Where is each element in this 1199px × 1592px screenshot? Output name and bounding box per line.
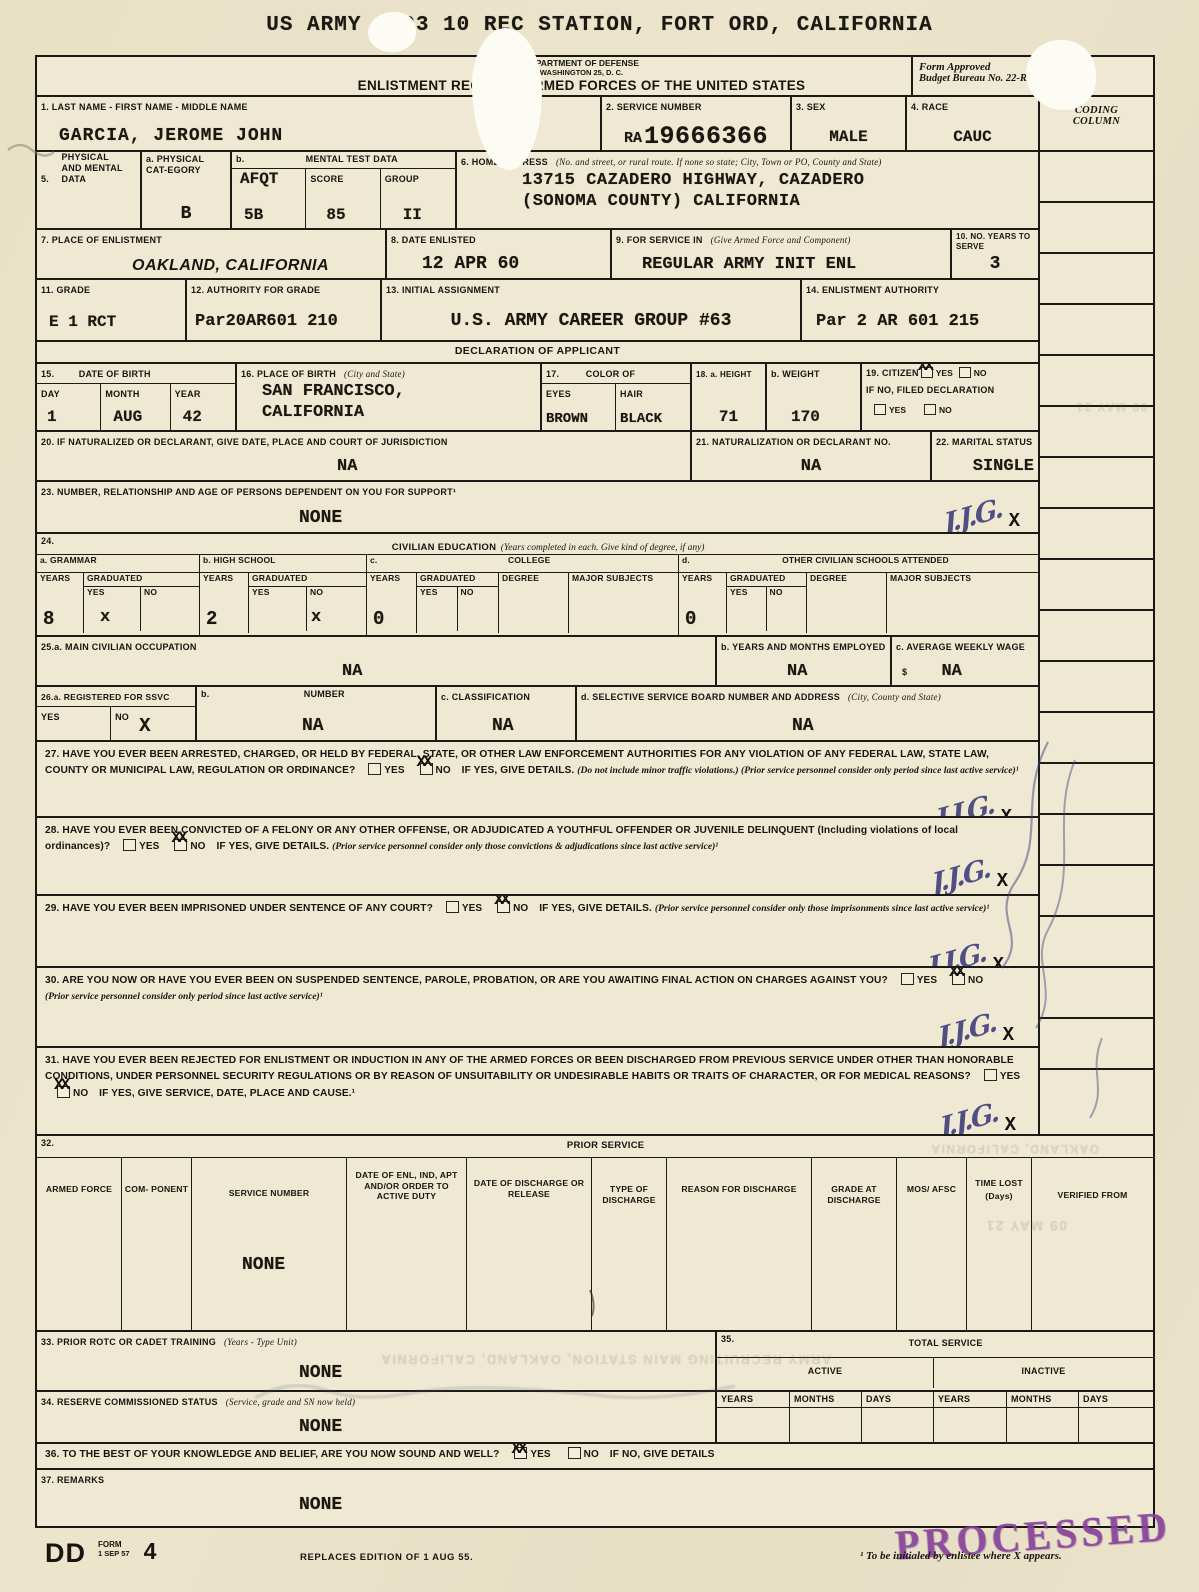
- date-enlisted-value: 12 APR 60: [422, 255, 519, 275]
- q29-italic-note: (Prior service personnel consider only t…: [655, 903, 989, 914]
- coding-column-cell: [1040, 407, 1153, 458]
- q27-no-label: NO: [436, 765, 451, 776]
- years-column-label: YEARS: [200, 573, 248, 584]
- ssvc-no-mark: X: [139, 716, 150, 737]
- coding-column-cell: [1040, 1019, 1153, 1070]
- weekly-wage-label: c. AVERAGE WEEKLY WAGE: [892, 640, 1029, 655]
- marital-status-value: SINGLE: [973, 458, 1034, 477]
- civilian-occupation-label: 25.a. MAIN CIVILIAN OCCUPATION: [37, 640, 201, 655]
- years-column-label: YEARS: [37, 573, 83, 584]
- service-number-prefix: RA: [624, 131, 642, 148]
- group-label: GROUP: [381, 172, 423, 187]
- years-column-label: YEARS: [679, 573, 726, 584]
- year-value: 42: [183, 409, 202, 427]
- initial-here-x-mark: X: [997, 870, 1008, 892]
- replaces-edition-note: REPLACES EDITION OF 1 AUG 55.: [300, 1552, 473, 1563]
- yes-column-label: YES: [417, 587, 457, 598]
- date-of-enl-column-label: DATE OF ENL, IND, APT AND/OR ORDER TO AC…: [347, 1158, 466, 1204]
- dept-address: WASHINGTON 25, D. C.: [252, 68, 911, 77]
- dollar-sign: $: [902, 667, 907, 677]
- for-service-in-label: 9. FOR SERVICE IN: [612, 233, 707, 248]
- inactive-months-label: MONTHS: [1007, 1392, 1078, 1408]
- coding-column-cell: [1040, 815, 1153, 866]
- xx-mark: XX: [494, 896, 507, 909]
- place-of-birth-label: 16. PLACE OF BIRTH: [237, 367, 340, 382]
- box17-number: 17.: [542, 367, 563, 382]
- q36-no-label: NO: [584, 1449, 599, 1460]
- naturalized-label: 20. IF NATURALIZED OR DECLARANT, GIVE DA…: [37, 435, 452, 450]
- service-number-column-label: SERVICE NUMBER: [192, 1158, 346, 1201]
- grade-at-discharge-column-label: GRADE AT DISCHARGE: [812, 1158, 896, 1207]
- q36-details-text: IF NO, GIVE DETAILS: [610, 1449, 715, 1460]
- form-identifier: DD FORM 1 SEP 57 4: [45, 1540, 156, 1567]
- ss-board-label: d. SELECTIVE SERVICE BOARD NUMBER AND AD…: [577, 690, 844, 705]
- place-of-birth-label-italic: (City and State): [340, 367, 409, 382]
- high-school-graduated-mark: x: [311, 609, 321, 628]
- coding-column-cell: [1040, 509, 1153, 560]
- initial-here-x-mark: X: [993, 954, 1004, 966]
- naturalized-value: NA: [337, 458, 357, 477]
- q28-yes-label: YES: [139, 841, 159, 852]
- form-word: FORM: [98, 1540, 130, 1549]
- other-years-value: 0: [685, 609, 696, 630]
- day-label: DAY: [37, 387, 64, 402]
- field-label-sex: 3. SEX: [792, 100, 830, 115]
- college-years-value: 0: [373, 609, 384, 630]
- q36-yes-label: YES: [530, 1449, 550, 1460]
- q31-details-text: IF YES, GIVE SERVICE, DATE, PLACE AND CA…: [99, 1088, 355, 1099]
- coding-column-cell: [1040, 305, 1153, 356]
- xx-mark: XX: [54, 1076, 67, 1094]
- dd-form-4: DEPARTMENT OF DEFENSE WASHINGTON 25, D. …: [35, 55, 1155, 1528]
- grammar-section-label: a. GRAMMAR: [37, 555, 199, 573]
- coding-column-cell: [1040, 152, 1153, 203]
- coding-column-cell: [1040, 611, 1153, 662]
- field-label-name: 1. LAST NAME - FIRST NAME - MIDDLE NAME: [37, 100, 252, 115]
- q28-yes-checkbox[interactable]: [123, 839, 136, 851]
- armed-force-column-label: ARMED FORCE: [37, 1158, 121, 1197]
- type-of-discharge-column-label: TYPE OF DISCHARGE: [592, 1158, 666, 1207]
- years-to-serve-label: 10. NO. YEARS TO SERVE: [952, 230, 1038, 253]
- authority-for-grade-label: 12. AUTHORITY FOR GRADE: [187, 283, 324, 298]
- height-label: 18. a. HEIGHT: [692, 368, 756, 382]
- coding-column-cell: [1040, 458, 1153, 509]
- initial-here-x-mark: X: [1005, 1114, 1016, 1134]
- inactive-service-label: INACTIVE: [1017, 1358, 1069, 1379]
- coding-column-cell: [1040, 968, 1153, 1019]
- box15-number: 15.: [37, 367, 58, 382]
- bleedthrough-text: 09 MAY 21: [1075, 400, 1147, 414]
- sex-value: MALE: [792, 129, 905, 147]
- page-top-typed-header: US ARMY 6003 10 REC STATION, FORT ORD, C…: [0, 14, 1199, 37]
- ssvc-no-label: NO: [111, 710, 133, 725]
- eyes-label: EYES: [542, 387, 575, 402]
- time-lost-days-label: (Days): [967, 1191, 1031, 1204]
- reserve-commissioned-status-value: NONE: [299, 1418, 342, 1438]
- physical-category-label: a. PHYSICAL CAT-EGORY: [142, 152, 230, 178]
- form-edition-date: 1 SEP 57: [98, 1549, 130, 1558]
- xx-mark: XX: [949, 968, 962, 981]
- box26b-letter: b.: [197, 687, 214, 702]
- college-section-label: COLLEGE: [381, 555, 679, 572]
- grade-value: E 1 RCT: [49, 314, 116, 332]
- score-value: 85: [326, 207, 345, 225]
- graduated-column-label: GRADUATED: [249, 573, 366, 587]
- q28-italic-note: (Prior service personnel consider only t…: [332, 841, 718, 852]
- q27-italic-note: (Do not include minor traffic violations…: [577, 765, 1018, 776]
- inactive-years-label: YEARS: [934, 1392, 1006, 1408]
- handwritten-initials: J.J.G.: [942, 493, 1003, 532]
- active-years-label: YEARS: [717, 1392, 789, 1408]
- field-label-service-number: 2. SERVICE NUMBER: [602, 100, 706, 115]
- q27-yes-checkbox[interactable]: [368, 763, 381, 775]
- footnote-initial-instruction: ¹ To be initialed by enlistee where X ap…: [860, 1550, 1062, 1562]
- month-value: AUG: [113, 409, 142, 427]
- yes-column-label: YES: [84, 587, 140, 598]
- date-enlisted-label: 8. DATE ENLISTED: [387, 233, 480, 248]
- eyes-value: BROWN: [546, 412, 588, 427]
- hair-value: BLACK: [620, 412, 662, 427]
- yes-column-label: YES: [249, 587, 306, 598]
- filed-declaration-label: IF NO, FILED DECLARATION: [862, 379, 1038, 398]
- ssvc-number-label: NUMBER: [214, 687, 436, 702]
- date-of-discharge-column-label: DATE OF DISCHARGE OR RELEASE: [467, 1158, 591, 1201]
- bleedthrough-text: OAKLAND, CALIFORNIA: [930, 1142, 1099, 1156]
- civilian-education-title-italic: (Years completed in each. Give kind of d…: [501, 543, 705, 553]
- coding-column: CODING COLUMN: [1040, 97, 1153, 1134]
- dependents-label: 23. NUMBER, RELATIONSHIP AND AGE OF PERS…: [37, 485, 460, 500]
- initial-here-x-mark: X: [1009, 510, 1020, 532]
- initial-here-x-mark: X: [1003, 1024, 1014, 1046]
- verified-from-column-label: VERIFIED FROM: [1032, 1158, 1153, 1203]
- white-blob: [1026, 40, 1096, 110]
- home-address-label-italic: (No. and street, or rural route. If none…: [552, 155, 886, 170]
- marital-status-label: 22. MARITAL STATUS: [932, 435, 1036, 450]
- xx-mark: XX: [417, 753, 430, 771]
- citizen-yes-label: YES: [936, 368, 953, 378]
- q30-italic-note: (Prior service personnel consider only p…: [45, 991, 323, 1002]
- question-36-text: 36. TO THE BEST OF YOUR KNOWLEDGE AND BE…: [45, 1449, 499, 1460]
- ssvc-yes-label: YES: [37, 710, 64, 725]
- coding-column-cell: [1040, 254, 1153, 305]
- q29-yes-checkbox[interactable]: [446, 901, 459, 913]
- active-days-label: DAYS: [862, 1392, 933, 1408]
- physical-category-value: B: [142, 205, 230, 225]
- dd-label: DD: [45, 1540, 86, 1567]
- q28-no-label: NO: [190, 841, 205, 852]
- naturalization-number-label: 21. NATURALIZATION OR DECLARANT NO.: [692, 435, 895, 450]
- month-label: MONTH: [101, 387, 143, 402]
- white-blob: [368, 12, 416, 52]
- q31-no-label: NO: [73, 1088, 88, 1099]
- initial-assignment-label: 13. INITIAL ASSIGNMENT: [382, 283, 504, 298]
- test-name-value: AFQT: [232, 169, 305, 189]
- box5-number: 5.: [37, 172, 53, 187]
- years-column-label: YEARS: [367, 573, 416, 584]
- box24-number: 24.: [37, 534, 58, 554]
- coding-column-cell: [1040, 1070, 1153, 1134]
- citizen-no-label: NO: [974, 368, 987, 378]
- q27-yes-label: YES: [384, 765, 404, 776]
- prior-rotc-label: 33. PRIOR ROTC OR CADET TRAINING: [37, 1335, 220, 1350]
- coding-column-cell: [1040, 560, 1153, 611]
- home-address-line1: 13715 CAZADERO HIGHWAY, CAZADERO: [457, 170, 1038, 191]
- declaration-no-checkbox[interactable]: [924, 404, 936, 415]
- remarks-value: NONE: [299, 1496, 342, 1516]
- active-months-label: MONTHS: [790, 1392, 861, 1408]
- weekly-wage-value: NA: [941, 662, 961, 681]
- prior-rotc-value: NONE: [299, 1364, 342, 1384]
- naturalization-number-value: NA: [692, 458, 930, 477]
- score-label: SCORE: [306, 172, 347, 187]
- declaration-no-label: NO: [939, 405, 952, 415]
- years-employed-label: b. YEARS AND MONTHS EMPLOYED: [717, 640, 890, 655]
- color-of-label: COLOR OF: [582, 367, 640, 382]
- form-main-column: 1. LAST NAME - FIRST NAME - MIDDLE NAME …: [37, 97, 1040, 1134]
- name-value: GARCIA, JEROME JOHN: [59, 127, 283, 147]
- enlistment-authority-value: Par 2 AR 601 215: [816, 313, 979, 332]
- degree-column-label: DEGREE: [807, 573, 886, 584]
- service-number-value: 19666366: [644, 123, 768, 151]
- handwritten-initials: J.J.G.: [938, 1097, 999, 1134]
- graduated-column-label: GRADUATED: [84, 573, 199, 587]
- weight-value: 170: [791, 409, 820, 427]
- box5b-letter: b.: [232, 152, 249, 168]
- initial-assignment-value: U.S. ARMY CAREER GROUP #63: [382, 312, 800, 332]
- box32-number: 32.: [37, 1136, 58, 1157]
- no-column-label: NO: [141, 587, 199, 598]
- handwritten-initials: J.J.G.: [926, 937, 987, 966]
- form-number: 4: [144, 1540, 157, 1563]
- registered-for-ssvc-label: 26.a. REGISTERED FOR SSVC: [37, 690, 174, 704]
- yes-column-label: YES: [727, 587, 766, 598]
- graduated-column-label: GRADUATED: [417, 573, 498, 587]
- reserve-commissioned-status-label-italic: (Service, grade and SN now held): [222, 1395, 359, 1410]
- q30-no-label: NO: [968, 975, 983, 986]
- weight-label: b. WEIGHT: [767, 367, 824, 382]
- enlistment-authority-label: 14. ENLISTMENT AUTHORITY: [802, 283, 943, 298]
- grade-label: 11. GRADE: [37, 283, 94, 298]
- dependents-value: NONE: [299, 509, 342, 529]
- place-of-enlistment-value: OAKLAND, CALIFORNIA: [132, 257, 329, 275]
- prior-service-value: NONE: [242, 1256, 285, 1276]
- coding-column-cell: [1040, 764, 1153, 815]
- years-employed-value: NA: [787, 663, 807, 682]
- test-code-value: 5B: [244, 207, 263, 225]
- field-label-race: 4. RACE: [907, 100, 952, 115]
- q31-yes-checkbox[interactable]: [984, 1069, 997, 1081]
- question-30-text: 30. ARE YOU NOW OR HAVE YOU EVER BEEN ON…: [45, 975, 888, 986]
- scanned-enlistment-record: US ARMY 6003 10 REC STATION, FORT ORD, C…: [0, 0, 1199, 1592]
- prior-rotc-label-italic: (Years - Type Unit): [220, 1335, 301, 1350]
- classification-label: c. CLASSIFICATION: [437, 690, 534, 705]
- reason-for-discharge-column-label: REASON FOR DISCHARGE: [667, 1158, 811, 1197]
- remarks-label: 37. REMARKS: [37, 1473, 108, 1488]
- form-title: ENLISTMENT RECORD - ARMED FORCES OF THE …: [252, 78, 911, 93]
- place-of-birth-line1: SAN FRANCISCO,: [237, 382, 540, 402]
- reserve-commissioned-status-label: 34. RESERVE COMMISSIONED STATUS: [37, 1395, 222, 1410]
- major-subjects-column-label: MAJOR SUBJECTS: [887, 573, 1038, 584]
- graduated-column-label: GRADUATED: [727, 573, 806, 587]
- other-schools-section-letter: d.: [679, 555, 693, 572]
- citizen-label: 19. CITIZEN: [866, 368, 919, 379]
- q36-no-checkbox[interactable]: [568, 1447, 581, 1459]
- high-school-section-label: b. HIGH SCHOOL: [200, 555, 366, 573]
- declaration-yes-label: YES: [889, 405, 906, 415]
- q30-yes-checkbox[interactable]: [901, 973, 914, 985]
- years-to-serve-value: 3: [952, 255, 1038, 275]
- degree-column-label: DEGREE: [499, 573, 568, 584]
- ss-board-value: NA: [792, 717, 814, 737]
- no-column-label: NO: [767, 587, 807, 598]
- grammar-graduated-mark: x: [100, 609, 110, 628]
- question-31-text: 31. HAVE YOU EVER BEEN REJECTED FOR ENLI…: [45, 1055, 1014, 1082]
- classification-value: NA: [492, 717, 514, 737]
- year-label: YEAR: [171, 387, 205, 402]
- no-column-label: NO: [458, 587, 499, 598]
- component-column-label: COM- PONENT: [122, 1158, 191, 1197]
- no-column-label: NO: [307, 587, 366, 598]
- bleedthrough-text: 09 MAY 21: [985, 1218, 1067, 1234]
- grammar-years-value: 8: [43, 609, 54, 630]
- question-29-text: 29. HAVE YOU EVER BEEN IMPRISONED UNDER …: [45, 903, 433, 914]
- for-service-in-value: REGULAR ARMY INIT ENL: [642, 256, 856, 275]
- bleedthrough-text: ARMY RECRUITING MAIN STATION, OAKLAND, C…: [380, 1352, 831, 1367]
- place-of-enlistment-label: 7. PLACE OF ENLISTMENT: [37, 233, 166, 248]
- day-value: 1: [47, 409, 57, 427]
- race-value: CAUC: [907, 129, 1038, 147]
- date-of-birth-label: DATE OF BIRTH: [75, 367, 155, 382]
- xx-mark: XX: [511, 1444, 524, 1458]
- q29-yes-label: YES: [462, 903, 482, 914]
- coding-column-cell: [1040, 203, 1153, 254]
- college-section-letter: c.: [367, 555, 381, 572]
- place-of-birth-line2: CALIFORNIA: [237, 402, 540, 423]
- coding-column-cell: [1040, 662, 1153, 713]
- q29-details-text: IF YES, GIVE DETAILS.: [539, 903, 652, 914]
- xx-mark: XX: [171, 829, 184, 847]
- group-value: II: [403, 207, 422, 225]
- xx-mark: XX: [918, 364, 931, 375]
- home-address-line2: (SONOMA COUNTY) CALIFORNIA: [457, 191, 1038, 212]
- declaration-yes-checkbox[interactable]: [874, 404, 886, 415]
- handwritten-initials: J.J.G.: [936, 1007, 997, 1046]
- handwritten-initials: J.J.G.: [934, 789, 995, 816]
- q29-no-label: NO: [513, 903, 528, 914]
- ssvc-number-value: NA: [302, 717, 324, 737]
- hair-label: HAIR: [616, 387, 647, 402]
- initial-here-x-mark: X: [1001, 806, 1012, 816]
- mos-afsc-column-label: MOS/ AFSC: [897, 1158, 966, 1197]
- mental-test-data-label: MENTAL TEST DATA: [249, 152, 456, 168]
- q27-details-text: IF YES, GIVE DETAILS.: [462, 765, 575, 776]
- civilian-occupation-value: NA: [342, 663, 362, 682]
- q30-yes-label: YES: [917, 975, 937, 986]
- height-value: 71: [692, 409, 765, 427]
- major-subjects-column-label: MAJOR SUBJECTS: [569, 573, 678, 584]
- declaration-of-applicant-title: DECLARATION OF APPLICANT: [37, 342, 1038, 357]
- physical-mental-data-label: PHYSICAL AND MENTAL DATA: [57, 152, 127, 186]
- q28-details-text: IF YES, GIVE DETAILS.: [217, 841, 330, 852]
- civilian-education-title: CIVILIAN EDUCATION: [392, 542, 496, 553]
- ss-board-label-italic: (City, County and State): [844, 690, 945, 705]
- dept-of-defense: DEPARTMENT OF DEFENSE: [252, 58, 911, 68]
- citizen-no-checkbox[interactable]: [959, 367, 971, 378]
- q31-yes-label: YES: [1000, 1071, 1020, 1082]
- inactive-days-label: DAYS: [1079, 1392, 1153, 1408]
- for-service-in-label-italic: (Give Armed Force and Component): [707, 233, 855, 248]
- time-lost-column-label: TIME LOST: [967, 1158, 1031, 1191]
- coding-column-cell: [1040, 917, 1153, 968]
- authority-for-grade-value: Par20AR601 210: [195, 313, 338, 332]
- coding-column-cell: [1040, 713, 1153, 764]
- high-school-years-value: 2: [206, 609, 217, 630]
- handwritten-initials: J.J.G.: [930, 853, 991, 894]
- other-schools-section-label: OTHER CIVILIAN SCHOOLS ATTENDED: [693, 555, 1038, 572]
- coding-column-cell: [1040, 866, 1153, 917]
